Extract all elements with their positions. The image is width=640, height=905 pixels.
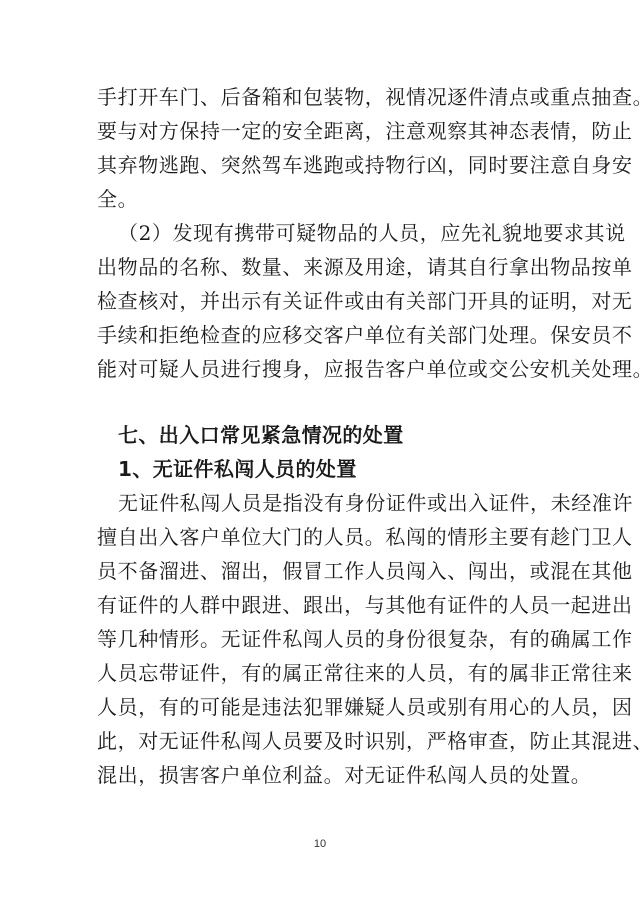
paragraph-line: 员不备溜进、溜出，假冒工作人员闯入、闯出，或混在其他 [97, 554, 633, 588]
paragraph-line: 人员，有的可能是违法犯罪嫌疑人员或别有用心的人员，因 [97, 690, 633, 724]
paragraph-line: 无证件私闯人员是指没有身份证件或出入证件，未经准许 [118, 486, 633, 520]
page-number: 10 [0, 838, 640, 850]
paragraph-line: 能对可疑人员进行搜身，应报告客户单位或交公安机关处理。 [97, 352, 640, 386]
paragraph-line: 手续和拒绝检查的应移交客户单位有关部门处理。保安员不 [97, 318, 633, 352]
paragraph-line: 混出，损害客户单位利益。对无证件私闯人员的处置。 [97, 758, 591, 792]
paragraph-line: 擅自出入客户单位大门的人员。私闯的情形主要有趁门卫人 [97, 520, 633, 554]
document-page: 手打开车门、后备箱和包装物，视情况逐件清点或重点抽查。 要与对方保持一定的安全距… [0, 0, 640, 905]
paragraph-line: 全。 [97, 182, 138, 216]
paragraph-line: 检查核对，并出示有关证件或由有关部门开具的证明，对无 [97, 284, 633, 318]
paragraph-line: 有证件的人群中跟进、跟出，与其他有证件的人员一起进出 [97, 588, 633, 622]
paragraph-line: 手打开车门、后备箱和包装物，视情况逐件清点或重点抽查。 [97, 80, 640, 114]
paragraph-line: 等几种情形。无证件私闯人员的身份很复杂，有的确属工作 [97, 622, 633, 656]
subsection-heading: 1、无证件私闯人员的处置 [118, 452, 357, 486]
paragraph-line: 其弃物逃跑、突然驾车逃跑或持物行凶，同时要注意自身安 [97, 148, 633, 182]
paragraph-line: （2）发现有携带可疑物品的人员，应先礼貌地要求其说 [118, 216, 626, 250]
paragraph-line: 出物品的名称、数量、来源及用途，请其自行拿出物品按单 [97, 250, 633, 284]
section-heading: 七、出入口常见紧急情况的处置 [118, 418, 404, 452]
paragraph-line: 人员忘带证件，有的属正常往来的人员，有的属非正常往来 [97, 656, 633, 690]
paragraph-line: 要与对方保持一定的安全距离，注意观察其神态表情，防止 [97, 114, 633, 148]
paragraph-line: 此，对无证件私闯人员要及时识别，严格审查，防止其混进、 [97, 724, 640, 758]
